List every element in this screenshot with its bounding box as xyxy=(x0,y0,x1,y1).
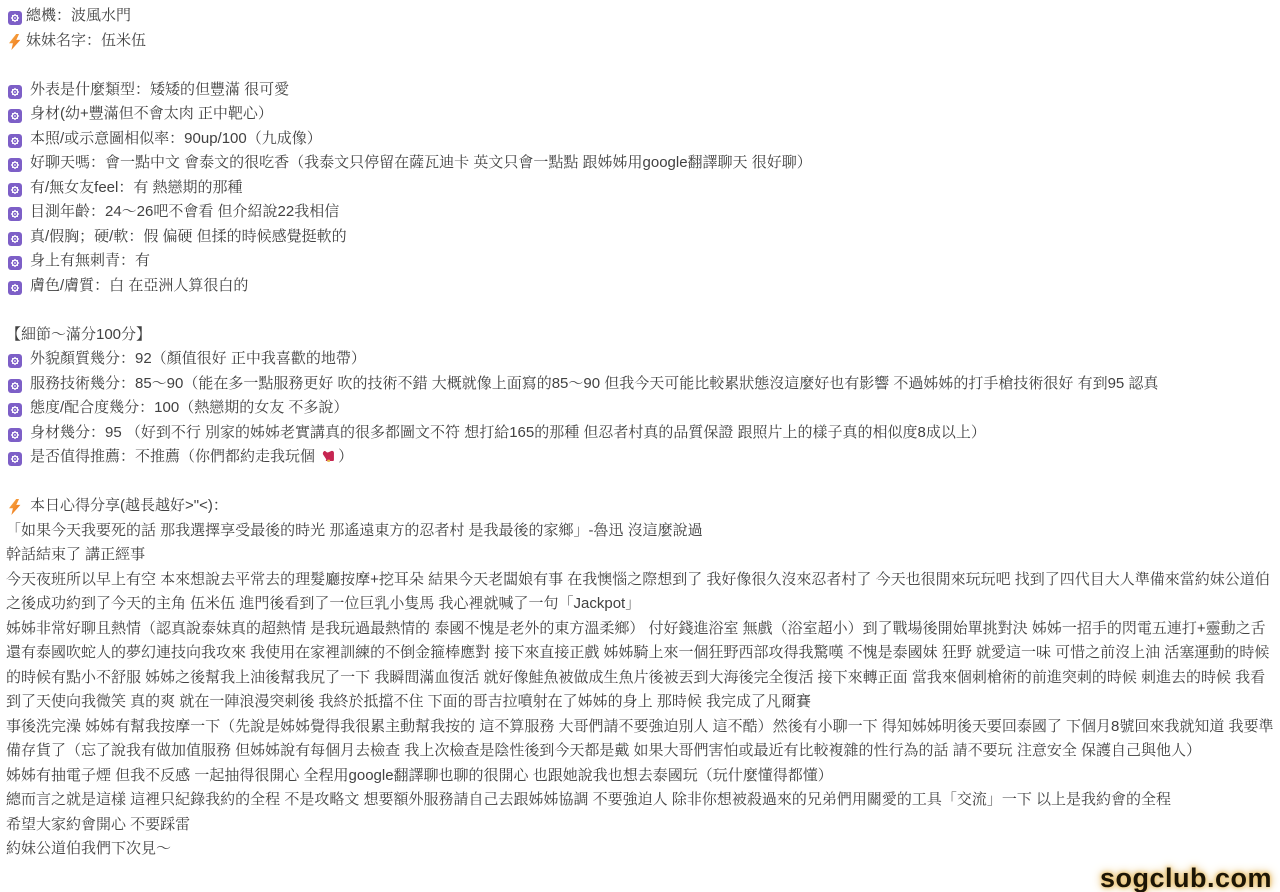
gear-badge-icon xyxy=(8,83,22,97)
post-line: 是否值得推薦：不推薦（你們都約走我玩個 ） xyxy=(6,445,1274,470)
forum-post-page: 總機：波風水門妹妹名字：伍米伍外表是什麼類型：矮矮的但豐滿 很可愛身材(幼+豐滿… xyxy=(0,0,1280,892)
blank-line xyxy=(6,53,1274,78)
gear-badge-icon xyxy=(8,230,22,244)
lightning-bolt-icon xyxy=(8,499,22,513)
gear-badge-icon xyxy=(8,279,22,293)
post-line: 總而言之就是這樣 這裡只紀錄我約的全程 不是攻略文 想要額外服務請自己去跟姊姊協… xyxy=(6,788,1274,813)
gear-badge-icon xyxy=(8,9,22,23)
post-line-text: 服務技術幾分：85～90（能在多一點服務更好 吹的技術不錯 大概就像上面寫的85… xyxy=(30,372,1158,397)
post-line: 真/假胸；硬/軟：假 偏硬 但揉的時候感覺挺軟的 xyxy=(6,225,1274,250)
gear-badge-icon xyxy=(8,352,22,366)
lightning-bolt-icon xyxy=(8,34,22,48)
post-line-text: 本照/或示意圖相似率：90up/100（九成像） xyxy=(30,127,322,152)
gear-badge-icon xyxy=(8,426,22,440)
gear-badge-icon xyxy=(8,156,22,170)
post-line-text: 有/無女友feel：有 熱戀期的那種 xyxy=(30,176,243,201)
post-body: 總機：波風水門妹妹名字：伍米伍外表是什麼類型：矮矮的但豐滿 很可愛身材(幼+豐滿… xyxy=(6,4,1274,862)
gear-badge-icon xyxy=(8,254,22,268)
post-line-text: 身材幾分：95 （好到不行 別家的姊姊老實講真的很多都圖文不符 想打給165的那… xyxy=(30,421,986,446)
post-line: 姊姊有抽電子煙 但我不反感 一起抽得很開心 全程用google翻譯聊也聊的很開心… xyxy=(6,764,1274,789)
post-line: 今天夜班所以早上有空 本來想說去平常去的理髮廳按摩+挖耳朵 結果今天老闆娘有事 … xyxy=(6,568,1274,617)
post-line: 總機：波風水門 xyxy=(6,4,1274,29)
post-line-text: 身材(幼+豐滿但不會太肉 正中靶心） xyxy=(30,102,273,127)
post-line-text: 態度/配合度幾分：100（熱戀期的女友 不多說） xyxy=(30,396,348,421)
post-line: 約妹公道伯我們下次見～ xyxy=(6,837,1274,862)
post-line-text: 本日心得分享(越長越好>"<)： xyxy=(30,494,228,519)
post-line-text: 約妹公道伯我們下次見～ xyxy=(6,837,171,862)
post-line-text: 真/假胸；硬/軟：假 偏硬 但揉的時候感覺挺軟的 xyxy=(30,225,347,250)
red-heel-emoji xyxy=(321,447,336,462)
post-line: 態度/配合度幾分：100（熱戀期的女友 不多說） xyxy=(6,396,1274,421)
post-line: 外表是什麼類型：矮矮的但豐滿 很可愛 xyxy=(6,78,1274,103)
post-line: 「如果今天我要死的話 那我選擇享受最後的時光 那遙遠東方的忍者村 是我最後的家鄉… xyxy=(6,519,1274,544)
post-line-text: 好聊天嗎：會一點中文 會泰文的很吃香（我泰文只停留在薩瓦迪卡 英文只會一點點 跟… xyxy=(30,151,812,176)
gear-badge-icon xyxy=(8,401,22,415)
post-line: 本照/或示意圖相似率：90up/100（九成像） xyxy=(6,127,1274,152)
post-line-text: 事後洗完澡 姊姊有幫我按摩一下（先說是姊姊覺得我很累主動幫我按的 這不算服務 大… xyxy=(6,715,1274,764)
post-line-text: 【細節～滿分100分】 xyxy=(6,323,151,348)
post-line-text: 是否值得推薦：不推薦（你們都約走我玩個 ） xyxy=(30,445,353,470)
post-line: 目測年齡：24～26吧不會看 但介紹說22我相信 xyxy=(6,200,1274,225)
post-line: 事後洗完澡 姊姊有幫我按摩一下（先說是姊姊覺得我很累主動幫我按的 這不算服務 大… xyxy=(6,715,1274,764)
watermark-sogclub: sogclub.com xyxy=(1100,866,1272,891)
post-line: 身上有無刺青：有 xyxy=(6,249,1274,274)
post-line-text: 身上有無刺青：有 xyxy=(30,249,150,274)
post-line-text: 膚色/膚質：白 在亞洲人算很白的 xyxy=(30,274,248,299)
post-line: 姊姊非常好聊且熱情（認真說泰妹真的超熱情 是我玩過最熱情的 泰國不愧是老外的東方… xyxy=(6,617,1274,715)
post-line: 幹話結束了 講正經事 xyxy=(6,543,1274,568)
post-line-text: 總機：波風水門 xyxy=(26,4,131,29)
blank-line xyxy=(6,470,1274,495)
post-line-text: 希望大家約會開心 不要踩雷 xyxy=(6,813,190,838)
gear-badge-icon xyxy=(8,377,22,391)
post-line-text: 幹話結束了 講正經事 xyxy=(6,543,145,568)
post-line-text: 姊姊非常好聊且熱情（認真說泰妹真的超熱情 是我玩過最熱情的 泰國不愧是老外的東方… xyxy=(6,617,1274,715)
post-line-text: 姊姊有抽電子煙 但我不反感 一起抽得很開心 全程用google翻譯聊也聊的很開心… xyxy=(6,764,833,789)
gear-badge-icon xyxy=(8,205,22,219)
post-line-text: 妹妹名字：伍米伍 xyxy=(26,29,146,54)
gear-badge-icon xyxy=(8,181,22,195)
post-line: 希望大家約會開心 不要踩雷 xyxy=(6,813,1274,838)
post-line: 有/無女友feel：有 熱戀期的那種 xyxy=(6,176,1274,201)
post-line: 【細節～滿分100分】 xyxy=(6,323,1274,348)
gear-badge-icon xyxy=(8,132,22,146)
post-line: 服務技術幾分：85～90（能在多一點服務更好 吹的技術不錯 大概就像上面寫的85… xyxy=(6,372,1274,397)
blank-line xyxy=(6,298,1274,323)
post-line: 外貌顏質幾分：92（顏值很好 正中我喜歡的地帶） xyxy=(6,347,1274,372)
post-line: 身材(幼+豐滿但不會太肉 正中靶心） xyxy=(6,102,1274,127)
post-line-text: 總而言之就是這樣 這裡只紀錄我約的全程 不是攻略文 想要額外服務請自己去跟姊姊協… xyxy=(6,788,1171,813)
post-line-text: 「如果今天我要死的話 那我選擇享受最後的時光 那遙遠東方的忍者村 是我最後的家鄉… xyxy=(6,519,703,544)
post-line: 好聊天嗎：會一點中文 會泰文的很吃香（我泰文只停留在薩瓦迪卡 英文只會一點點 跟… xyxy=(6,151,1274,176)
post-line: 膚色/膚質：白 在亞洲人算很白的 xyxy=(6,274,1274,299)
post-line-text: 目測年齡：24～26吧不會看 但介紹說22我相信 xyxy=(30,200,339,225)
post-line-text: 今天夜班所以早上有空 本來想說去平常去的理髮廳按摩+挖耳朵 結果今天老闆娘有事 … xyxy=(6,568,1274,617)
post-line-text: 外貌顏質幾分：92（顏值很好 正中我喜歡的地帶） xyxy=(30,347,366,372)
gear-badge-icon xyxy=(8,107,22,121)
post-line: 妹妹名字：伍米伍 xyxy=(6,29,1274,54)
post-line-text-after: ） xyxy=(338,448,353,465)
post-line: 身材幾分：95 （好到不行 別家的姊姊老實講真的很多都圖文不符 想打給165的那… xyxy=(6,421,1274,446)
post-line-text: 外表是什麼類型：矮矮的但豐滿 很可愛 xyxy=(30,78,289,103)
gear-badge-icon xyxy=(8,450,22,464)
post-line: 本日心得分享(越長越好>"<)： xyxy=(6,494,1274,519)
